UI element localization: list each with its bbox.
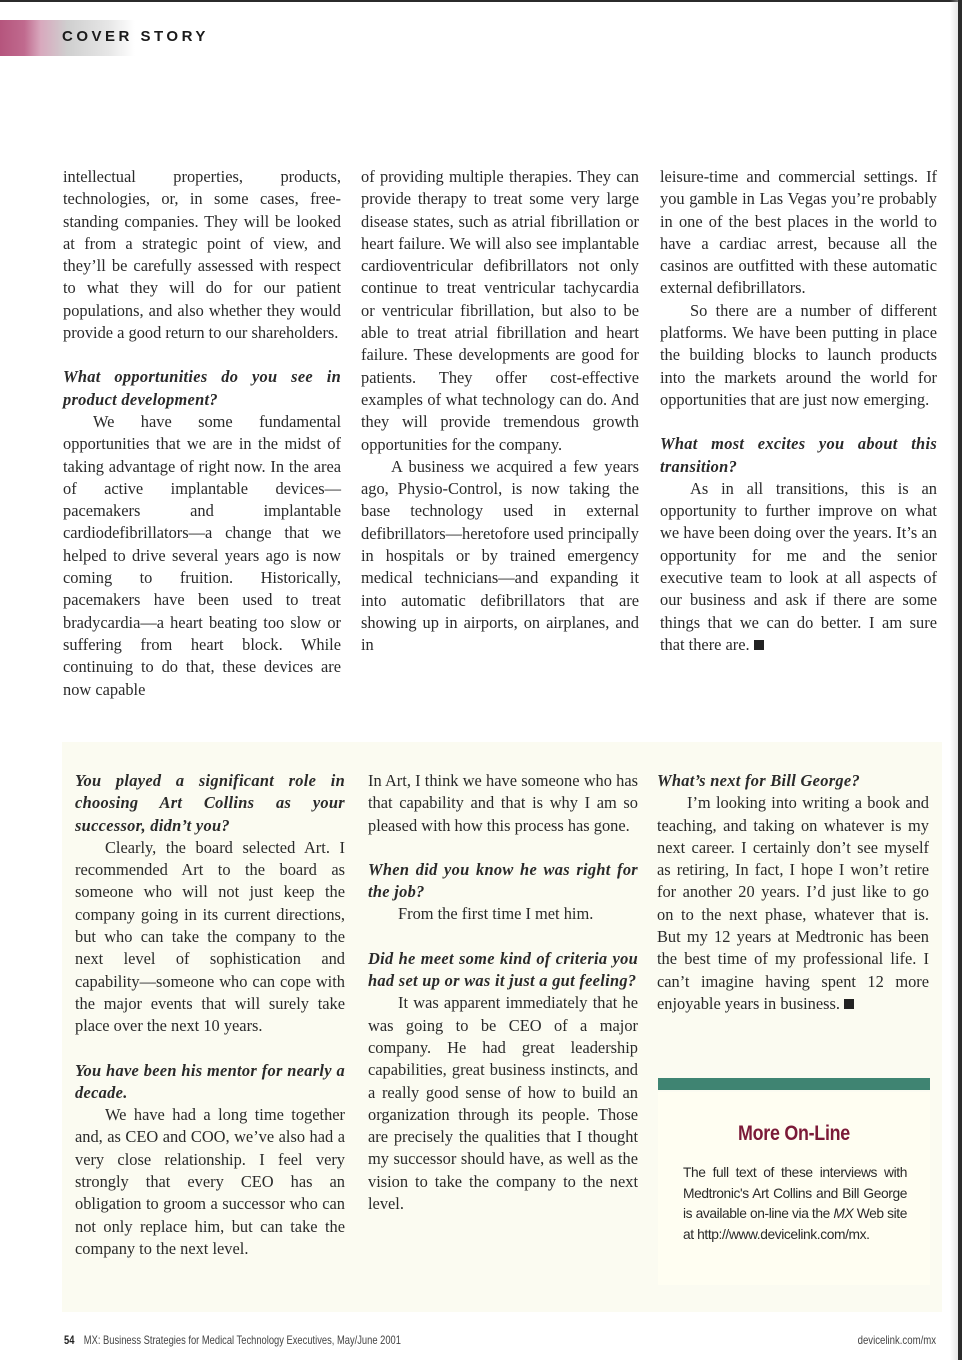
paragraph: I’m looking into writing a book and teac… bbox=[657, 792, 929, 1015]
paragraph-text: I’m looking into writing a book and teac… bbox=[657, 793, 929, 1013]
page-gutter-shadow bbox=[950, 0, 958, 1360]
paragraph: Clearly, the board selected Art. I recom… bbox=[75, 837, 345, 1038]
paragraph: From the first time I met him. bbox=[368, 903, 638, 925]
interview-question: When did you know he was right for the j… bbox=[368, 859, 638, 904]
sidebar-text: The full text of these interviews with M… bbox=[683, 1163, 907, 1245]
footer-publication-line: 54MX: Business Strategies for Medical Te… bbox=[64, 1333, 401, 1347]
end-mark-icon bbox=[754, 640, 764, 650]
panel-column-1: You played a significant role in choosin… bbox=[75, 770, 345, 1260]
sidebar-title: More On-Line bbox=[678, 1122, 909, 1146]
panel-column-3: What’s next for Bill George? I’m looking… bbox=[657, 770, 929, 1015]
paragraph: of providing multiple therapies. They ca… bbox=[361, 166, 639, 456]
page-right-border bbox=[958, 0, 962, 1360]
paragraph: As in all transitions, this is an opport… bbox=[660, 478, 937, 656]
paragraph: So there are a number of different platf… bbox=[660, 300, 937, 411]
paragraph: In Art, I think we have someone who has … bbox=[368, 770, 638, 837]
paragraph: We have some fundamental opportunities t… bbox=[63, 411, 341, 701]
article-column-1: intellectual properties, products, techn… bbox=[63, 166, 341, 701]
paragraph: We have had a long time together and, as… bbox=[75, 1104, 345, 1260]
interview-question: You played a significant role in choosin… bbox=[75, 770, 345, 837]
page-top-border bbox=[0, 0, 962, 2]
interview-question: What most excites you about this transit… bbox=[660, 433, 937, 478]
paragraph-text: As in all transitions, this is an opport… bbox=[660, 479, 937, 654]
article-column-2: of providing multiple therapies. They ca… bbox=[361, 166, 639, 657]
paragraph: leisure-time and commercial settings. If… bbox=[660, 166, 937, 300]
end-mark-icon bbox=[844, 999, 854, 1009]
paragraph: A business we acquired a few years ago, … bbox=[361, 456, 639, 657]
interview-question: You have been his mentor for nearly a de… bbox=[75, 1060, 345, 1105]
sidebar-accent-bar bbox=[658, 1078, 930, 1090]
footer-url[interactable]: devicelink.com/mx bbox=[858, 1333, 936, 1347]
interview-question: What opportunities do you see in product… bbox=[63, 366, 341, 411]
paragraph: It was apparent immediately that he was … bbox=[368, 992, 638, 1215]
article-column-3: leisure-time and commercial settings. If… bbox=[660, 166, 937, 656]
section-label: COVER STORY bbox=[62, 28, 209, 45]
paragraph: intellectual properties, products, techn… bbox=[63, 166, 341, 344]
panel-column-2: In Art, I think we have someone who has … bbox=[368, 770, 638, 1215]
publication-title: MX: Business Strategies for Medical Tech… bbox=[84, 1333, 401, 1347]
sidebar-text-italic: MX bbox=[833, 1206, 853, 1221]
interview-question: Did he meet some kind of criteria you ha… bbox=[368, 948, 638, 993]
interview-question: What’s next for Bill George? bbox=[657, 770, 929, 792]
page-number: 54 bbox=[64, 1333, 74, 1347]
